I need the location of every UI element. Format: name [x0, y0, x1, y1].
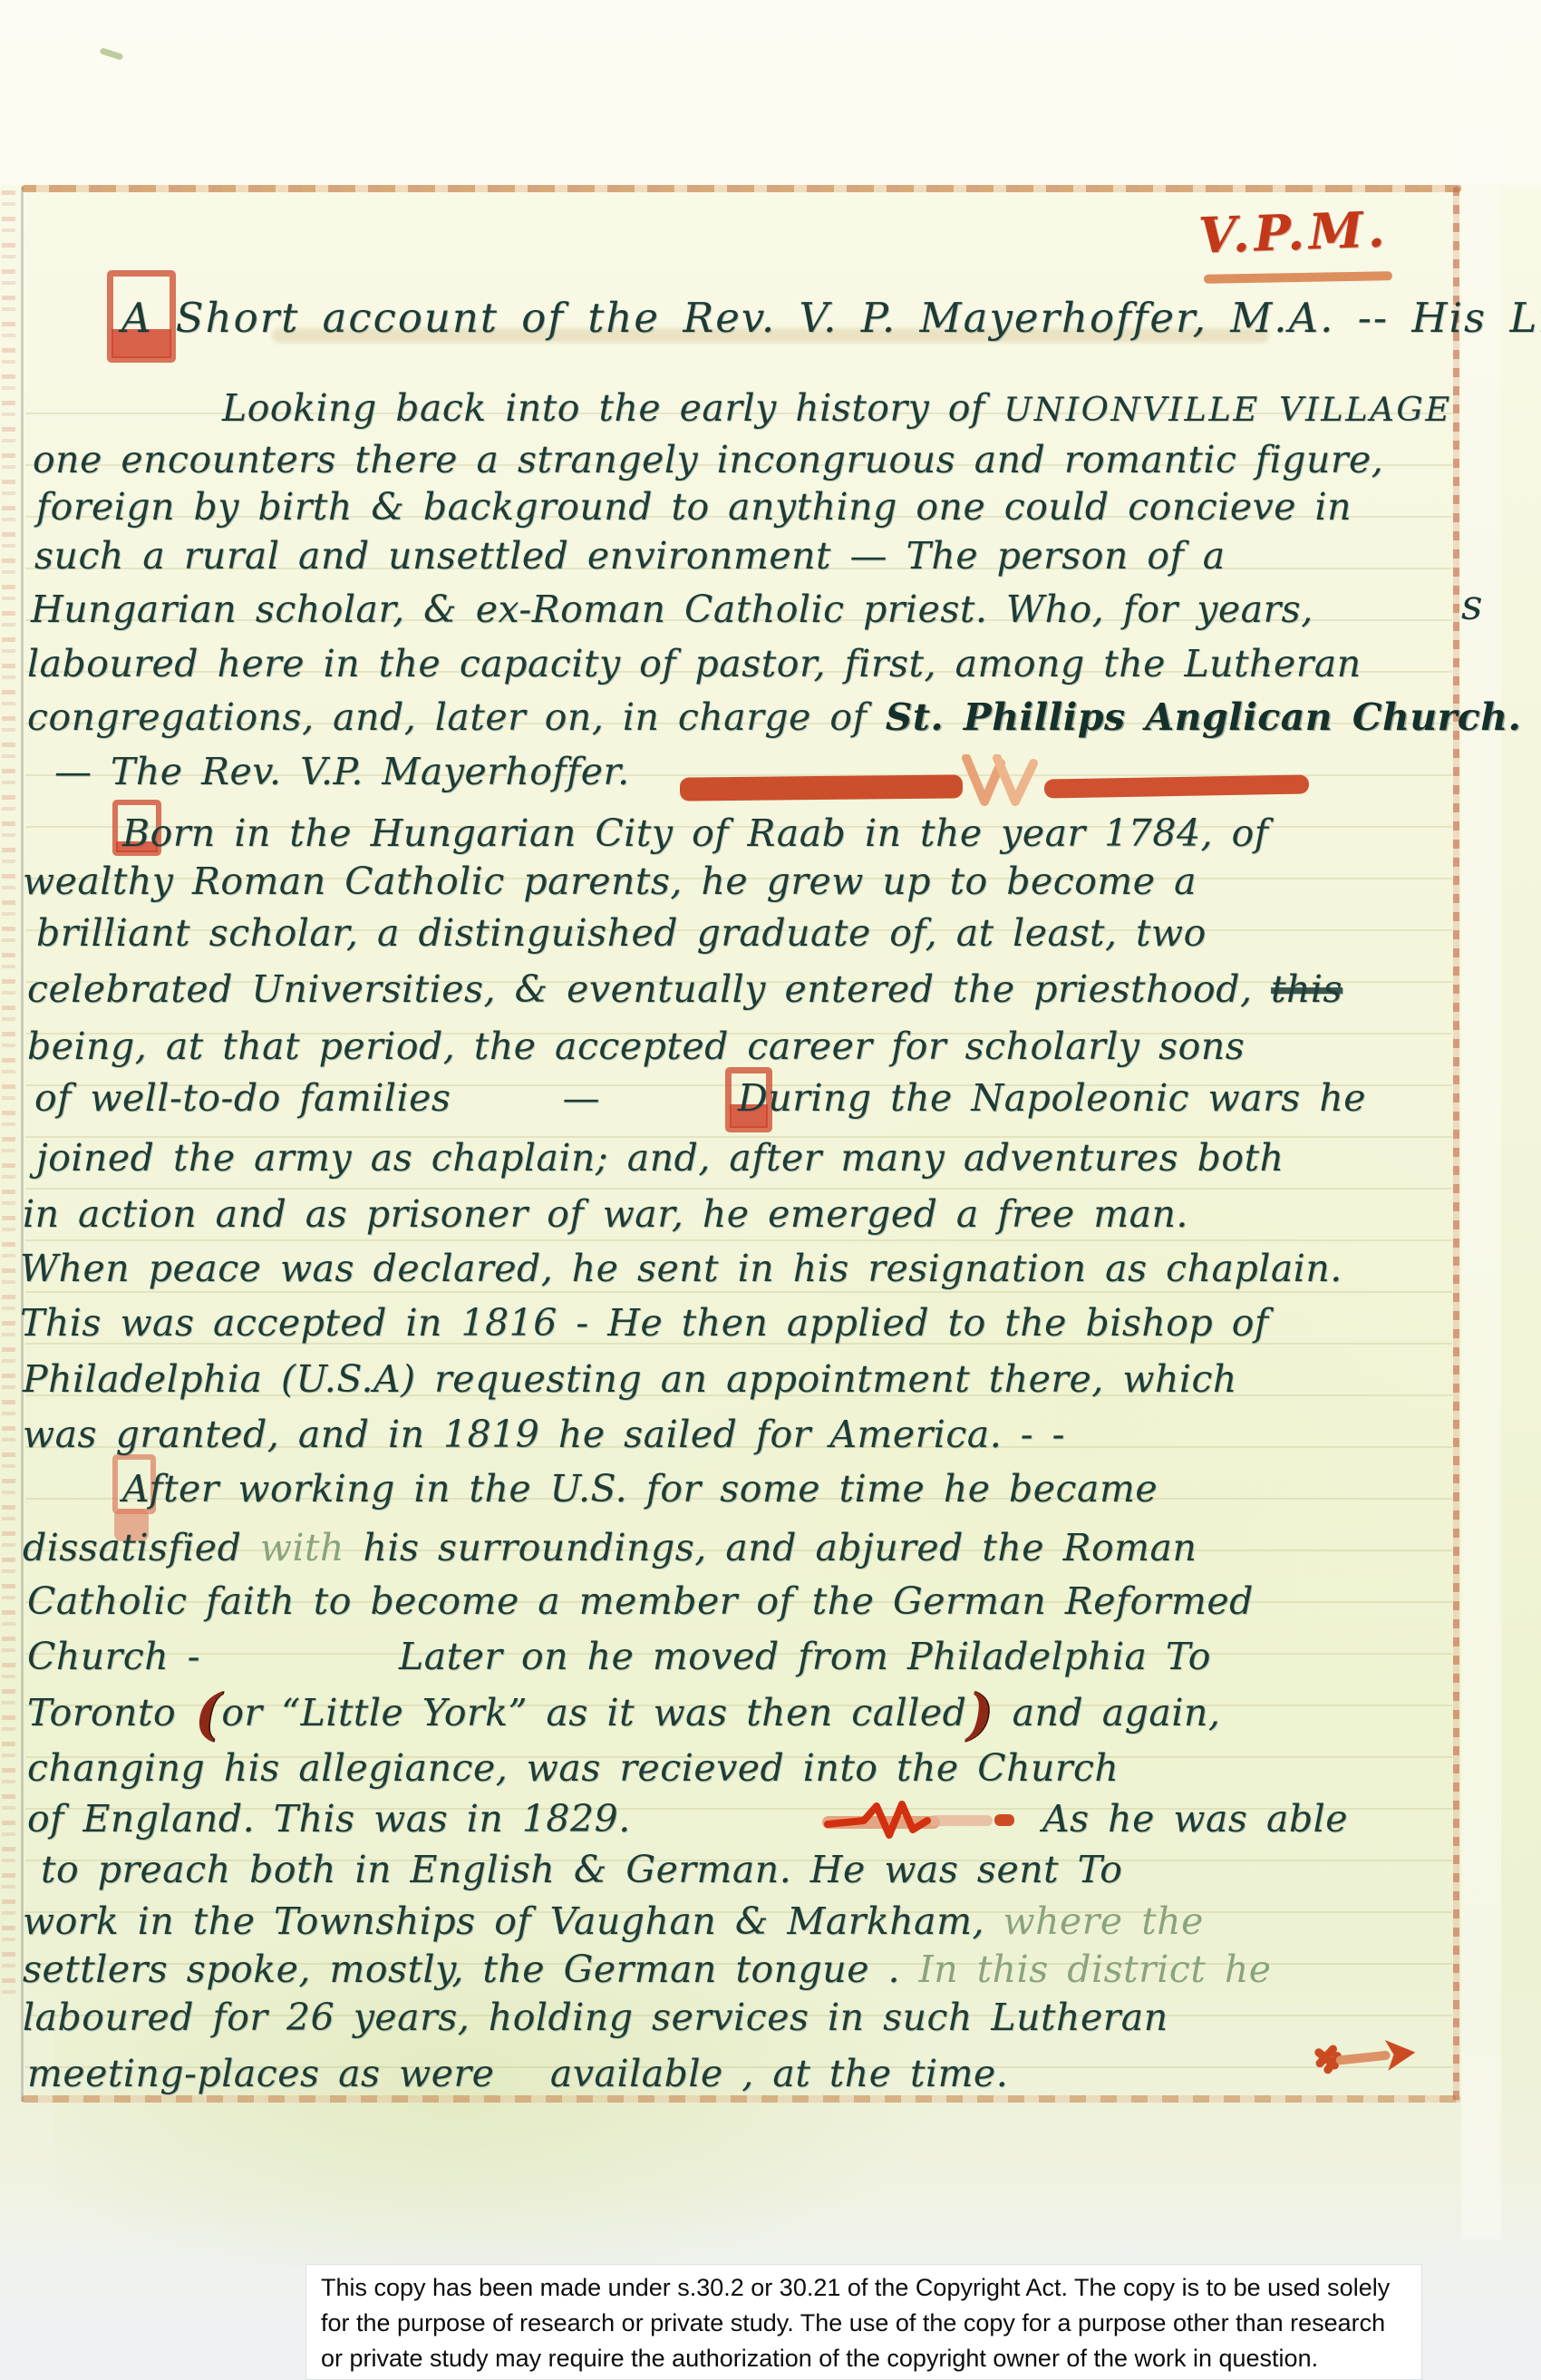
text-segment: dissatisfied: [23, 1526, 260, 1569]
manuscript-line: Philadelphia (U.S.A) requesting an appoi…: [23, 1353, 1237, 1409]
text-segment: of England. This was in 1829.: [27, 1797, 631, 1841]
red-divider-bar: [1044, 774, 1309, 798]
text-segment: was granted, and in 1819 he sailed for A…: [23, 1413, 1065, 1456]
manuscript-line: joined the army as chaplain; and, after …: [36, 1132, 1284, 1188]
manuscript-line: of England. This was in 1829.: [27, 1792, 631, 1849]
left-edge-red-marks: [2, 190, 15, 1995]
text-segment: in action and as prisoner of war, he eme…: [23, 1192, 1188, 1236]
divider-chevron-mark: [957, 754, 1048, 807]
text-segment: St. Phillips Anglican Church.: [886, 695, 1522, 739]
text-segment: with: [260, 1526, 344, 1569]
text-segment: Born in the Hungarian City of Raab in th…: [122, 811, 1268, 855]
manuscript-line: Toronto (or “Little York” as it was then…: [27, 1686, 1220, 1743]
text-segment: When peace was declared, he sent in his …: [20, 1247, 1342, 1290]
manuscript-line: laboured for 26 years, holding services …: [23, 1991, 1168, 2047]
text-segment: such a rural and unsettled environment —…: [34, 534, 1226, 578]
text-segment: settlers spoke, mostly, the German tongu…: [23, 1948, 919, 1991]
text-segment: ): [966, 1681, 993, 1747]
text-segment: laboured for 26 years, holding services …: [23, 1996, 1168, 2039]
manuscript-line: brilliant scholar, a distinguished gradu…: [36, 907, 1207, 963]
text-segment: In this district he: [919, 1948, 1272, 1991]
copyright-line: for the purpose of research or private s…: [306, 2306, 1421, 2341]
text-segment: As he was able: [1042, 1797, 1348, 1841]
manuscript-line: As he was able: [1042, 1792, 1348, 1849]
copyright-notice: This copy has been made under s.30.2 or …: [306, 2265, 1421, 2379]
red-squiggle-mark: [820, 1799, 1015, 1844]
text-segment: Church -: [27, 1635, 200, 1678]
text-segment: joined the army as chaplain; and, after …: [36, 1136, 1284, 1180]
manuscript-line: wealthy Roman Catholic parents, he grew …: [23, 855, 1197, 911]
text-segment: Toronto: [27, 1691, 195, 1734]
text-segment: — The Rev. V.P. Mayerhoffer.: [54, 750, 630, 793]
text-segment: Later on he moved from Philadelphia To: [399, 1635, 1211, 1678]
paper-top-margin: [0, 0, 1541, 185]
manuscript-line: — The Rev. V.P. Mayerhoffer.: [54, 745, 630, 801]
manuscript-line: was granted, and in 1819 he sailed for A…: [23, 1408, 1065, 1464]
text-segment: This was accepted in 1816 - He then appl…: [20, 1301, 1269, 1345]
red-divider-bar: [680, 774, 963, 801]
manuscript-line: foreign by birth & background to anythin…: [36, 481, 1352, 537]
manuscript-line: of well-to-do families —: [34, 1072, 600, 1128]
text-segment: congregations, and, later on, in charge …: [27, 695, 886, 739]
text-segment: celebrated Universities, & eventually en…: [27, 967, 1271, 1011]
manuscript-line: being, at that period, the accepted care…: [27, 1020, 1245, 1076]
text-segment: Philadelphia (U.S.A) requesting an appoi…: [23, 1357, 1237, 1401]
text-segment: one encounters there a strangely incongr…: [33, 438, 1383, 481]
text-segment: brilliant scholar, a distinguished gradu…: [36, 911, 1207, 955]
stray-pencil-mark: [100, 47, 124, 61]
text-segment: his surroundings, and abjured the Roman: [344, 1526, 1197, 1569]
text-segment: Catholic faith to become a member of the…: [27, 1579, 1254, 1623]
manuscript-line: Church -: [27, 1630, 200, 1686]
manuscript-line: in action and as prisoner of war, he eme…: [23, 1188, 1188, 1244]
manuscript-line: celebrated Universities, & eventually en…: [27, 963, 1342, 1019]
text-segment: A Short account of the Rev. V. P. Mayerh…: [121, 294, 1541, 342]
manuscript-line: changing his allegiance, was recieved in…: [27, 1742, 1119, 1798]
manuscript-line: Hungarian scholar, & ex-Roman Catholic p…: [31, 583, 1313, 639]
copyright-line: or private study may require the authori…: [306, 2341, 1421, 2376]
text-segment: wealthy Roman Catholic parents, he grew …: [23, 860, 1197, 903]
text-segment: UNIONVILLE VILLAGE: [1003, 390, 1452, 429]
manuscript-line: to preach both in English & German. He w…: [41, 1843, 1123, 1899]
manuscript-line: congregations, and, later on, in charge …: [27, 691, 1521, 747]
page-border-top: [22, 185, 1461, 192]
manuscript-line: dissatisfied with his surroundings, and …: [23, 1521, 1197, 1578]
text-segment: (: [195, 1681, 222, 1747]
page-border-right: [1453, 187, 1459, 2102]
manuscript-line: A Short account of the Rev. V. P. Mayerh…: [121, 292, 1541, 348]
red-end-arrow: [1312, 2027, 1426, 2093]
text-segment: this: [1271, 967, 1342, 1011]
text-segment: foreign by birth & background to anythin…: [36, 485, 1352, 529]
manuscript-line: Looking back into the early history of U…: [222, 382, 1452, 438]
text-segment: being, at that period, the accepted care…: [27, 1025, 1245, 1068]
text-segment: of well-to-do families —: [34, 1076, 600, 1120]
stray-letter-s: s: [1461, 580, 1483, 629]
scanned-manuscript-page: V.P.M. s A Short account of the Rev. V. …: [0, 0, 1541, 2380]
manuscript-line: When peace was declared, he sent in his …: [20, 1242, 1342, 1298]
owner-initials: V.P.M.: [1197, 199, 1390, 264]
text-segment: changing his allegiance, was recieved in…: [27, 1746, 1119, 1790]
text-segment: and again,: [993, 1691, 1220, 1734]
initials-underline: [1204, 271, 1392, 284]
manuscript-line: Catholic faith to become a member of the…: [27, 1575, 1254, 1631]
manuscript-line: laboured here in the capacity of pastor,…: [27, 637, 1362, 694]
text-segment: Looking back into the early history of: [222, 386, 1003, 430]
text-segment: to preach both in English & German. He w…: [41, 1848, 1123, 1891]
page-border-left: [21, 187, 24, 2102]
text-segment: laboured here in the capacity of pastor,…: [27, 642, 1362, 685]
text-segment: or “Little York” as it was then called: [221, 1691, 966, 1734]
manuscript-line: such a rural and unsettled environment —…: [34, 529, 1226, 586]
text-segment: meeting-places as were available , at th…: [27, 2052, 1008, 2095]
manuscript-line: Later on he moved from Philadelphia To: [399, 1630, 1211, 1686]
text-segment: Hungarian scholar, & ex-Roman Catholic p…: [31, 588, 1313, 631]
text-segment: where the: [1003, 1899, 1204, 1943]
manuscript-line: This was accepted in 1816 - He then appl…: [20, 1297, 1269, 1353]
text-segment: After working in the U.S. for some time …: [122, 1467, 1158, 1511]
manuscript-line: meeting-places as were available , at th…: [27, 2047, 1008, 2103]
text-segment: work in the Townships of Vaughan & Markh…: [23, 1899, 1003, 1943]
text-segment: During the Napoleonic wars he: [738, 1076, 1366, 1120]
copyright-line: This copy has been made under s.30.2 or …: [306, 2270, 1421, 2306]
manuscript-line: During the Napoleonic wars he: [738, 1072, 1366, 1128]
manuscript-line: After working in the U.S. for some time …: [122, 1462, 1158, 1519]
